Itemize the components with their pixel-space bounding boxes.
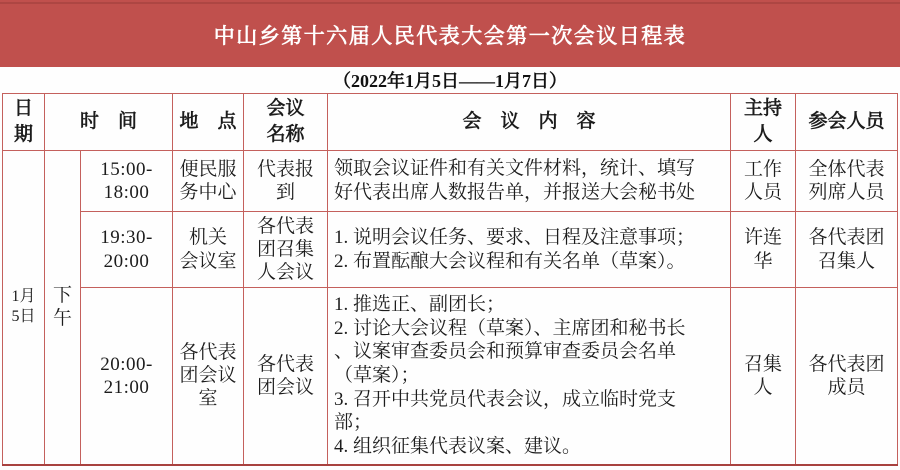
col-header-date: 日 期 [3, 94, 45, 151]
table-row: 20:00- 21:00 各代表 团会议 室 各代表 团会议 1. 推选正、副团… [3, 288, 898, 465]
cell-r1-place: 便民服 务中心 [173, 151, 244, 212]
col-header-time: 时 间 [45, 94, 173, 151]
col-header-meeting-content: 会 议 内 容 [328, 94, 731, 151]
col-header-attendees: 参会人员 [796, 94, 898, 151]
cell-r1-attendees: 全体代表 列席人员 [796, 151, 898, 212]
cell-r2-attendees: 各代表团 召集人 [796, 212, 898, 288]
cell-date: 1月 5日 [3, 151, 45, 465]
cell-r3-attendees: 各代表团 成员 [796, 288, 898, 465]
cell-r2-host: 许连 华 [731, 212, 796, 288]
cell-r1-meeting-name: 代表报 到 [244, 151, 328, 212]
table-row: 1月 5日 下 午 15:00- 18:00 便民服 务中心 代表报 到 领取会… [3, 151, 898, 212]
header-row: 日 期 时 间 地 点 会议 名称 会 议 内 容 主持 人 参会人员 [3, 94, 898, 151]
subtitle-band: （2022年1月5日——1月7日） [0, 67, 900, 93]
cell-r1-host: 工作 人员 [731, 151, 796, 212]
cell-r3-host: 召集 人 [731, 288, 796, 465]
schedule-table: 日 期 时 间 地 点 会议 名称 会 议 内 容 主持 人 参会人员 1月 5… [2, 93, 898, 466]
cell-r2-place: 机关 会议室 [173, 212, 244, 288]
banner-top-line [0, 2, 900, 4]
cell-period: 下 午 [45, 151, 81, 465]
page-title: 中山乡第十六届人民代表大会第一次会议日程表 [214, 18, 687, 50]
cell-r2-meeting-name: 各代表 团召集 人会议 [244, 212, 328, 288]
cell-r2-meeting-content: 1. 说明会议任务、要求、日程及注意事项； 2. 布置酝酿大会议程和有关名单（草… [328, 212, 731, 288]
col-header-host: 主持 人 [731, 94, 796, 151]
cell-r1-meeting-content: 领取会议证件和有关文件材料，统计、填写 好代表出席人数报告单，并报送大会秘书处 [328, 151, 731, 212]
cell-r3-place: 各代表 团会议 室 [173, 288, 244, 465]
cell-r3-time: 20:00- 21:00 [81, 288, 173, 465]
cell-r2-time: 19:30- 20:00 [81, 212, 173, 288]
col-header-meeting-name: 会议 名称 [244, 94, 328, 151]
col-header-place: 地 点 [173, 94, 244, 151]
title-banner: 中山乡第十六届人民代表大会第一次会议日程表 [0, 0, 900, 67]
cell-r3-meeting-content: 1. 推选正、副团长； 2. 讨论大会议程（草案）、主席团和秘书长 、议案审查委… [328, 288, 731, 465]
date-range-subtitle: （2022年1月5日——1月7日） [333, 67, 567, 93]
cell-r3-meeting-name: 各代表 团会议 [244, 288, 328, 465]
schedule-page: 中山乡第十六届人民代表大会第一次会议日程表 （2022年1月5日——1月7日） … [0, 0, 900, 470]
table-row: 19:30- 20:00 机关 会议室 各代表 团召集 人会议 1. 说明会议任… [3, 212, 898, 288]
cell-r1-time: 15:00- 18:00 [81, 151, 173, 212]
